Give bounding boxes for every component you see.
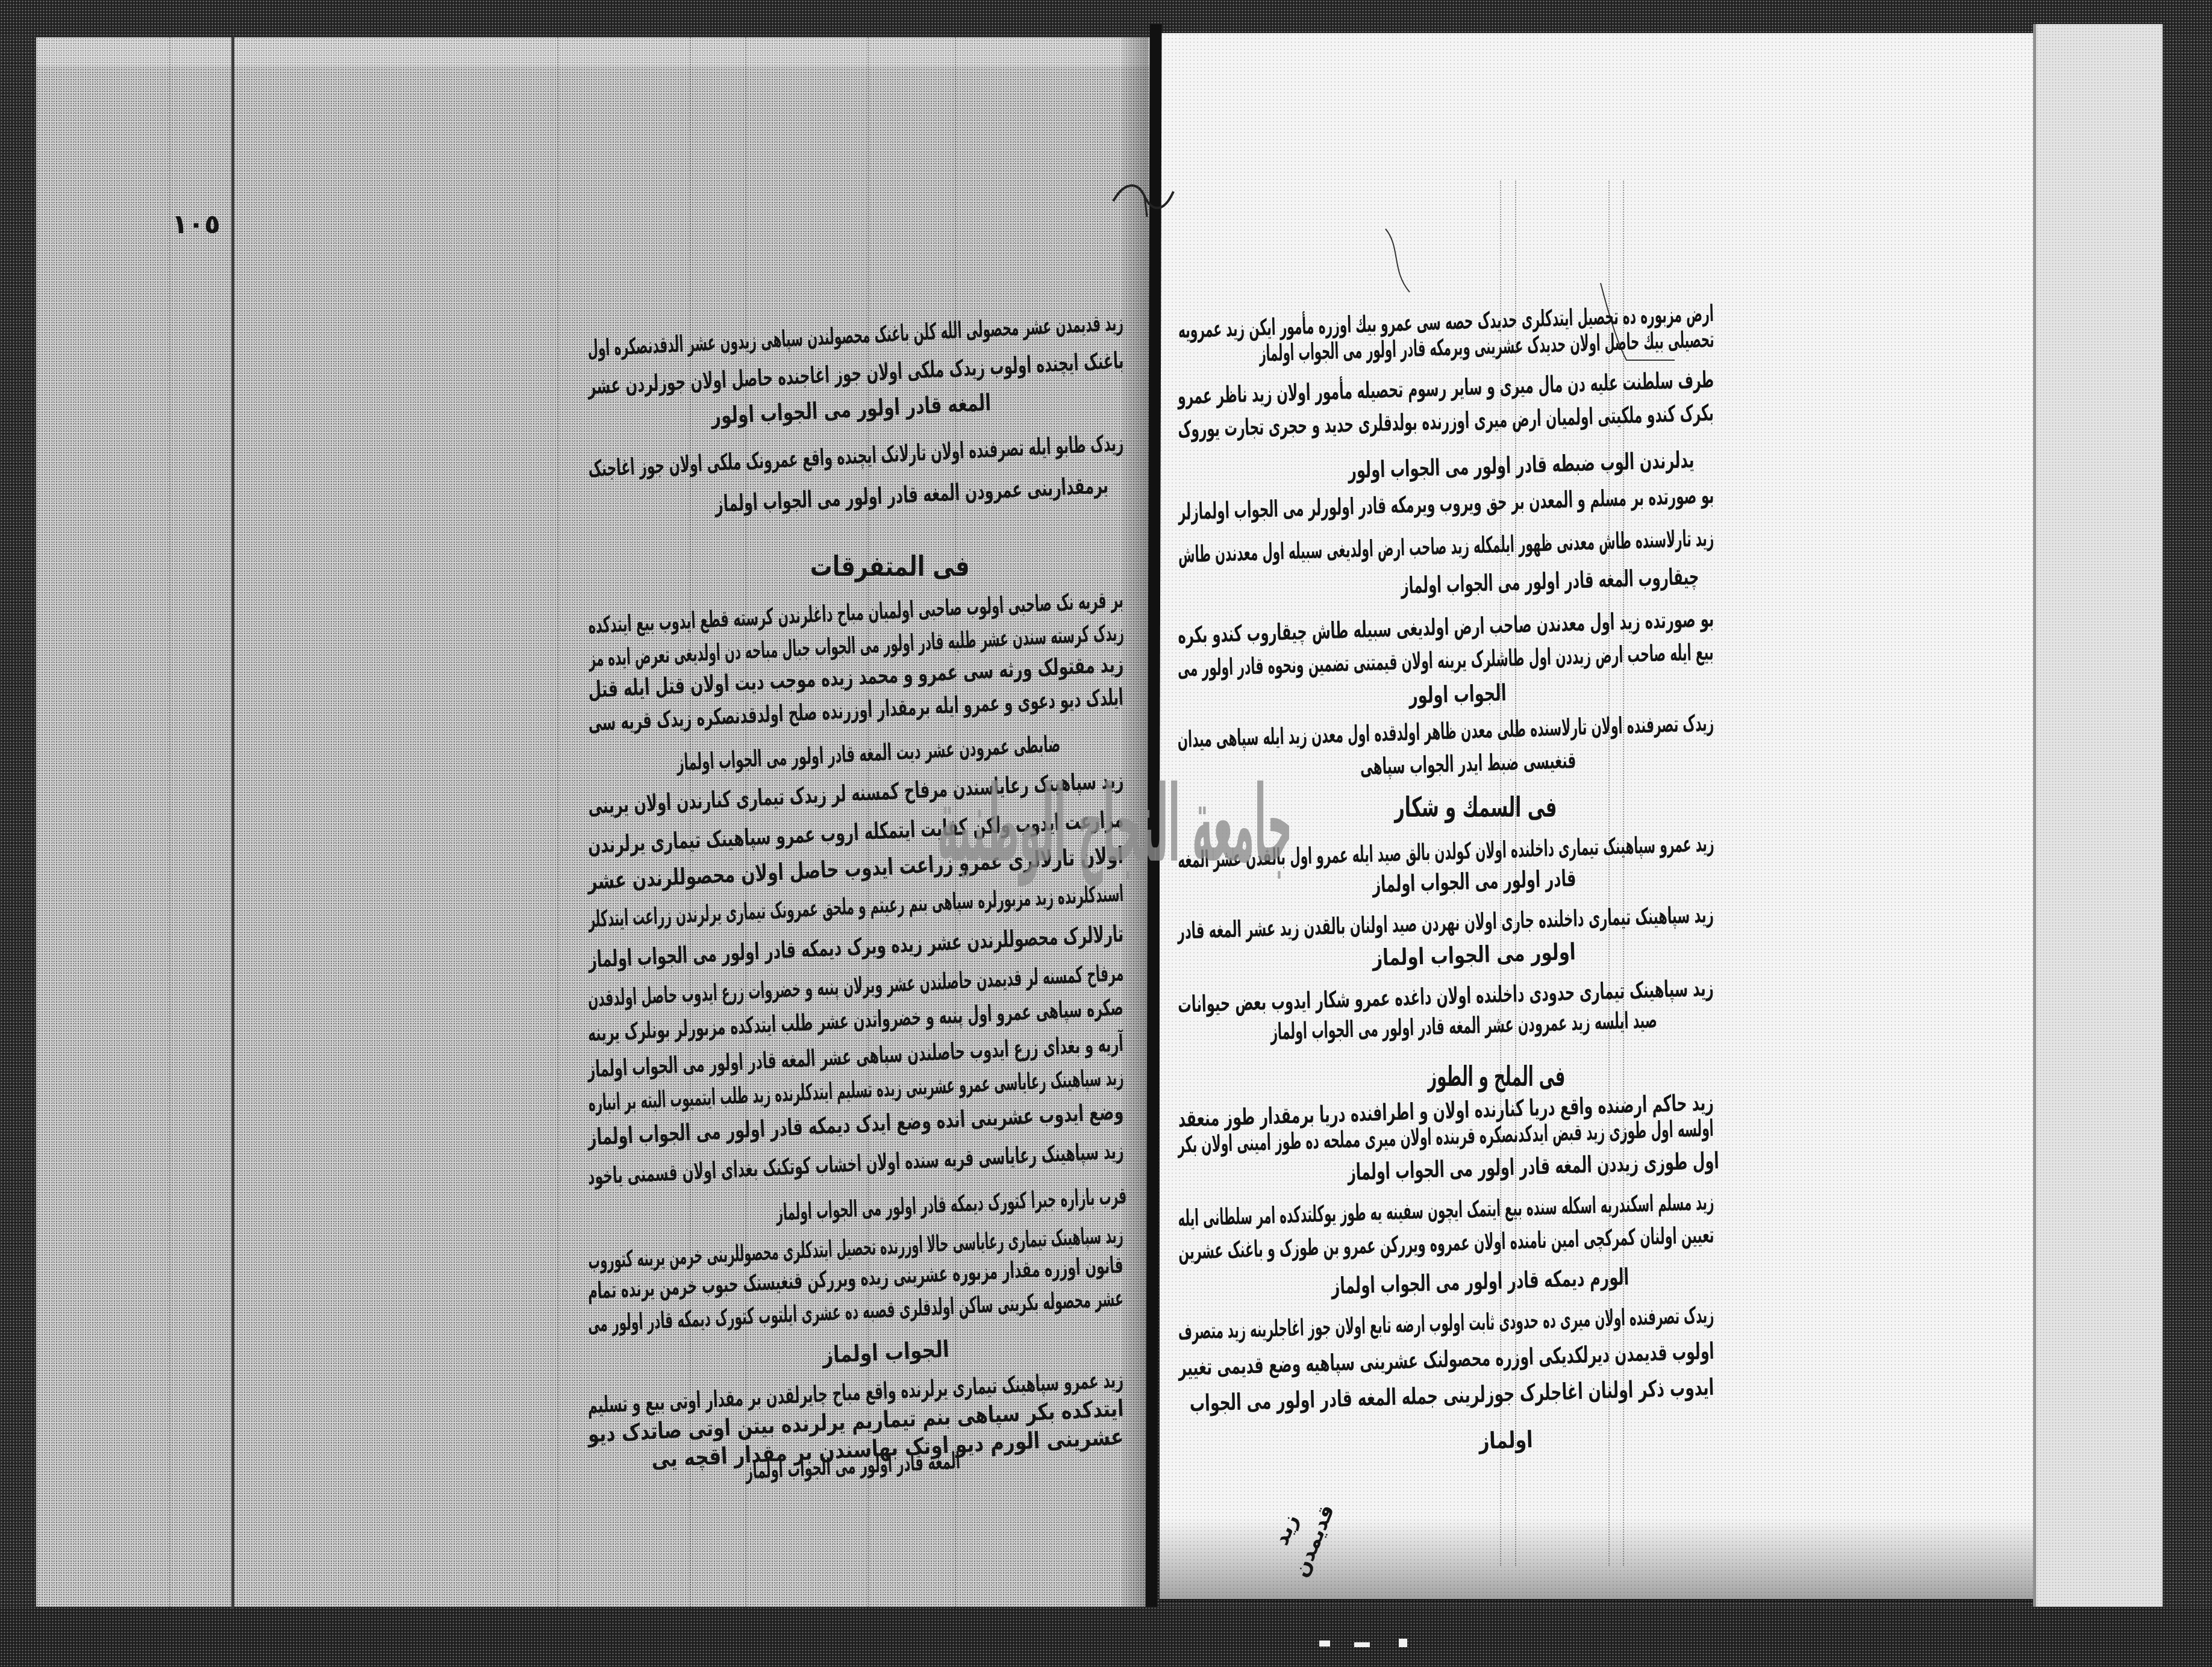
scan-artifact-mark — [1399, 1639, 1407, 1647]
heading-text: فی الملح و الطوز — [1428, 1059, 1565, 1093]
answer-line: اولور می الجواب اولماز — [1372, 935, 1576, 975]
answer-line: قادر اولور می الجواب اولماز — [1372, 861, 1576, 902]
line-text: اولماز — [1479, 1422, 1534, 1458]
scanner-top-border — [0, 0, 2212, 35]
page-number: ١٠٥ — [167, 208, 225, 241]
manuscript-scan: ١٠٥ زید قدیمدن عشر محصولی الله کلن باغنک… — [0, 0, 2212, 1667]
answer-line: قنغیسی ضبط ایدر الجواب سپاهی — [1360, 743, 1576, 784]
heading-text: فی السمك و شکار — [1395, 790, 1557, 824]
answer-line: اولماز — [1478, 1422, 1534, 1458]
line-text: اولور می الجواب اولماز — [1372, 935, 1576, 975]
watermark: جامعة النجاح الوطنية — [937, 760, 1292, 890]
section-heading: فی السمك و شکار — [1395, 790, 1557, 824]
line-text: الجواب اولور — [1408, 676, 1507, 712]
section-heading: فی الملح و الطوز — [1428, 1059, 1565, 1093]
watermark-text: جامعة النجاح الوطنية — [937, 760, 1292, 890]
scan-artifact-mark — [1354, 1642, 1370, 1647]
line-text: قادر اولور می الجواب اولماز — [1372, 861, 1576, 902]
scanner-bottom-border — [0, 1607, 2212, 1667]
scan-artifact-mark — [1319, 1641, 1330, 1647]
left-page-top-edge — [36, 37, 1151, 66]
ruling-line — [169, 37, 170, 1609]
answer-line: الجواب اولور — [1408, 676, 1507, 712]
line-text: قنغیسی ضبط ایدر الجواب سپاهی — [1360, 743, 1576, 784]
binding-thread-icon — [1108, 175, 1181, 223]
right-page-outer-edge — [2033, 24, 2163, 1608]
